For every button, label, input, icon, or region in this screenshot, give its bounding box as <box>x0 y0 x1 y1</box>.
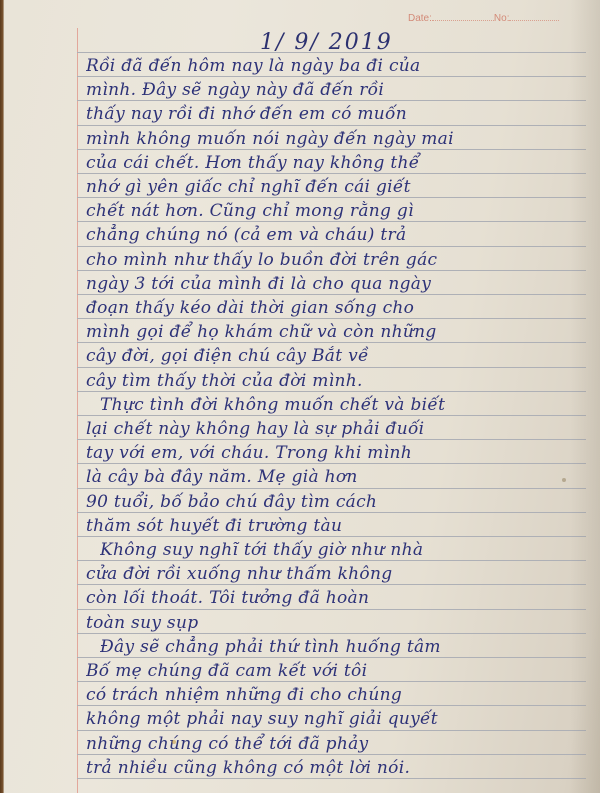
handwritten-line: của cái chết. Hơn thấy nay không thể <box>86 151 561 175</box>
handwritten-line: chẳng chúng nó (cả em và cháu) trả <box>86 223 561 247</box>
handwritten-line: không một phải nay suy nghĩ giải quyết <box>86 707 561 731</box>
handwritten-line: có trách nhiệm những đi cho chúng <box>86 683 561 707</box>
handwritten-line: ngày 3 tới của mình đi là cho qua ngày <box>86 272 561 296</box>
handwritten-line: thăm sót huyết đi trường tàu <box>86 514 561 538</box>
handwritten-line: Không suy nghĩ tới thấy giờ như nhà <box>100 538 575 562</box>
paper-stain <box>172 740 176 744</box>
handwritten-line: còn lối thoát. Tôi tưởng đã hoàn <box>86 586 561 610</box>
page-header: Date:No: <box>408 12 559 24</box>
handwritten-line: mình không muốn nói ngày đến ngày mai <box>86 127 561 151</box>
paper-stain <box>562 478 566 482</box>
handwritten-line: mình gọi để họ khám chữ và còn những <box>86 320 561 344</box>
handwritten-line: cửa đời rồi xuống như thấm không <box>86 562 561 586</box>
handwritten-line: lại chết này không hay là sự phải đuối <box>86 417 561 441</box>
date-label: Date: <box>408 13 432 24</box>
number-label: No: <box>494 13 510 24</box>
handwritten-line: chết nát hơn. Cũng chỉ mong rằng gì <box>86 199 561 223</box>
handwritten-line: là cây bà đây năm. Mẹ già hơn <box>86 465 561 489</box>
handwritten-line: nhớ gì yên giấc chỉ nghĩ đến cái giết <box>86 175 561 199</box>
handwritten-line: Thực tình đời không muốn chết và biết <box>100 393 575 417</box>
handwritten-line: cây đời, gọi điện chú cây Bắt về <box>86 344 561 368</box>
handwritten-line: mình. Đây sẽ ngày này đã đến rồi <box>86 78 561 102</box>
handwritten-line: Bố mẹ chúng đã cam kết với tôi <box>86 659 561 683</box>
handwritten-line: toàn suy sụp <box>86 611 561 635</box>
handwritten-line: trả nhiều cũng không có một lời nói. <box>86 756 561 780</box>
notebook-page: Date:No: 1/ 9/ 2019 Rồi đã đến hôm nay l… <box>4 0 600 793</box>
handwritten-line: những chúng có thể tới đã phảy <box>86 732 561 756</box>
handwritten-line: 90 tuổi, bố bảo chú đây tìm cách <box>86 490 561 514</box>
handwritten-line: thấy nay rồi đi nhớ đến em có muốn <box>86 102 561 126</box>
margin-line <box>77 28 78 798</box>
entry-date: 1/ 9/ 2019 <box>260 30 393 55</box>
handwritten-line: Đây sẽ chẳng phải thứ tình huống tâm <box>100 635 575 659</box>
handwritten-line: Rồi đã đến hôm nay là ngày ba đi của <box>86 54 561 78</box>
number-dotted-line <box>509 12 559 21</box>
handwritten-line: tay với em, với cháu. Trong khi mình <box>86 441 561 465</box>
photo-bottom-border <box>0 793 600 799</box>
handwritten-line: cho mình như thấy lo buồn đời trên gác <box>86 248 561 272</box>
date-dotted-line <box>432 12 494 21</box>
notebook-photo: Date:No: 1/ 9/ 2019 Rồi đã đến hôm nay l… <box>0 0 600 799</box>
handwritten-line: cây tìm thấy thời của đời mình. <box>86 369 561 393</box>
handwritten-line: đoạn thấy kéo dài thời gian sống cho <box>86 296 561 320</box>
